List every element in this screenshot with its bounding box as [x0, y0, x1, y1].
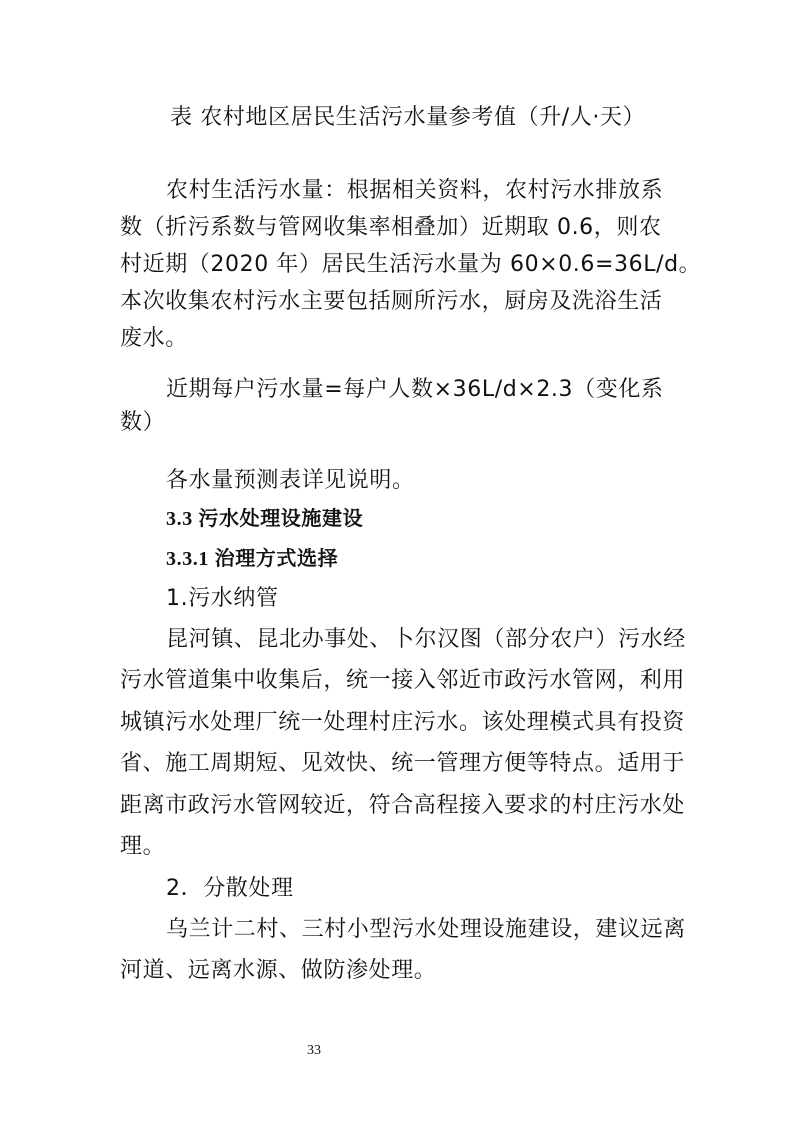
- paragraph-line: 近期每户污水量=每户人数×36L/d×2.3（变化系: [166, 377, 664, 403]
- section-heading-3-3-1: 3.3.1 治理方式选择: [166, 546, 338, 572]
- paragraph-line: 距离市政污水管网较近，符合高程接入要求的村庄污水处: [120, 793, 685, 819]
- paragraph-line: 本次收集农村污水主要包括厕所污水，厨房及洗浴生活: [120, 289, 662, 315]
- item-title-decentralized: 2．分散处理: [166, 876, 294, 902]
- paragraph-line: 数）: [120, 410, 165, 436]
- paragraph-line: 乌兰计二村、三村小型污水处理设施建设，建议远离: [166, 917, 686, 943]
- paragraph-line: 河道、远离水源、做防渗处理。: [120, 958, 436, 984]
- item-title-sewer-connection: 1.污水纳管: [166, 586, 279, 612]
- paragraph-line: 农村生活污水量：根据相关资料，农村污水排放系: [166, 178, 663, 204]
- section-heading-3-3: 3.3 污水处理设施建设: [166, 506, 363, 532]
- paragraph-line: 城镇污水处理厂统一处理村庄污水。该处理模式具有投资: [120, 710, 685, 736]
- paragraph-line: 昆河镇、昆北办事处、卜尔汉图（部分农户）污水经: [166, 627, 686, 653]
- paragraph-line: 省、施工周期短、见效快、统一管理方便等特点。适用于: [120, 751, 685, 777]
- paragraph-line: 理。: [120, 834, 165, 860]
- page-number: 33: [307, 1043, 321, 1059]
- paragraph-line: 废水。: [120, 326, 188, 352]
- paragraph-line: 村近期（2020 年）居民生活污水量为 60×0.6=36L/d。: [120, 252, 701, 278]
- paragraph-line: 污水管道集中收集后，统一接入邻近市政污水管网，利用: [120, 668, 685, 694]
- paragraph-line: 数（折污系数与管网收集率相叠加）近期取 0.6，则农: [120, 215, 662, 241]
- table-caption: 表 农村地区居民生活污水量参考值（升/人·天）: [170, 105, 645, 131]
- note-text: 各水量预测表详见说明。: [166, 468, 415, 494]
